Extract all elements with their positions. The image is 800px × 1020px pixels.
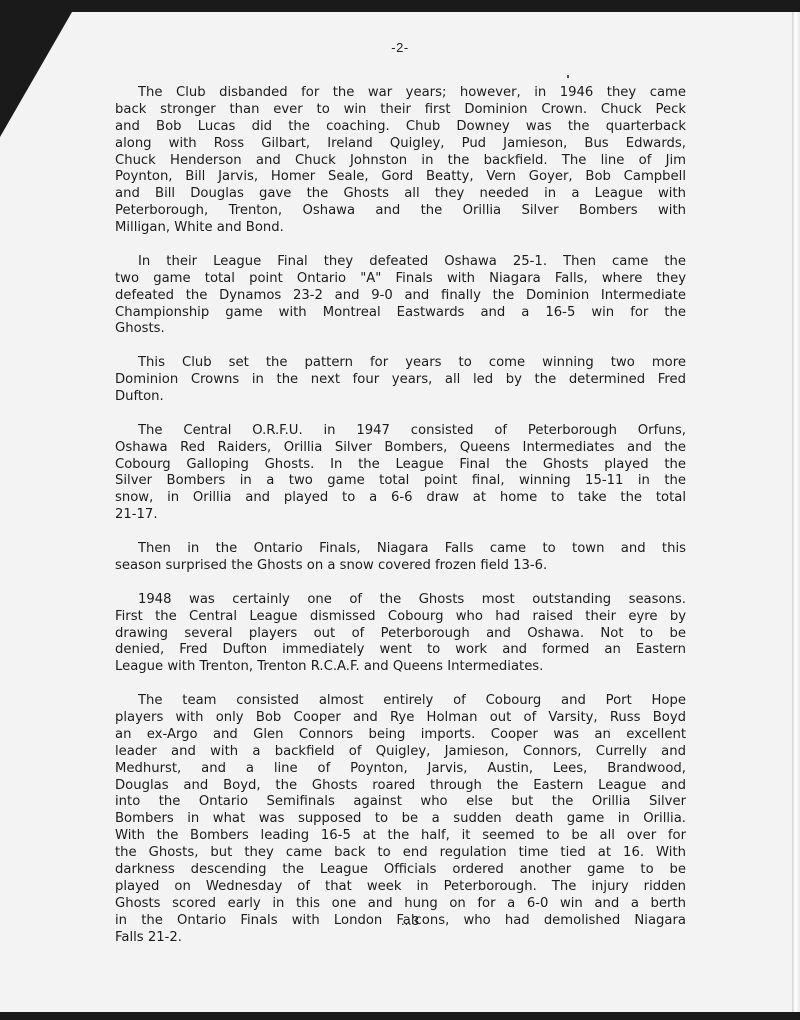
text-line: an ex-Argo and Glen Connors being import… [115,727,686,744]
scan-speck [567,75,569,78]
text-line: Championship game with Montreal Eastward… [115,305,686,322]
text-line: Poynton, Bill Jarvis, Homer Seale, Gord … [115,169,686,186]
text-line: 1948 was certainly one of the Ghosts mos… [115,592,686,609]
text-line: With the Bombers leading 16-5 at the hal… [115,828,686,845]
text-line: This Club set the pattern for years to c… [115,355,686,372]
text-line: Chuck Henderson and Chuck Johnston in th… [115,153,686,170]
text-line: The team consisted almost entirely of Co… [115,693,686,710]
text-line: First the Central League dismissed Cobou… [115,609,686,626]
paragraph: This Club set the pattern for years to c… [115,355,686,406]
text-line: Cobourg Galloping Ghosts. In the League … [115,457,686,474]
text-line: Falls 21-2. [115,930,686,947]
text-line: players with only Bob Cooper and Rye Hol… [115,710,686,727]
text-line: season surprised the Ghosts on a snow co… [115,558,686,575]
continuation-marker: ...3 [0,913,800,928]
text-line: Medhurst, and a line of Poynton, Jarvis,… [115,761,686,778]
text-line: Then in the Ontario Finals, Niagara Fall… [115,541,686,558]
paragraph: The Club disbanded for the war years; ho… [115,85,686,237]
text-line: Bombers in what was supposed to be a sud… [115,811,686,828]
paragraph: The team consisted almost entirely of Co… [115,693,686,946]
text-line: Ghosts scored early in this one and hung… [115,896,686,913]
paragraph: Then in the Ontario Finals, Niagara Fall… [115,541,686,575]
text-line: Silver Bombers in a two game total point… [115,473,686,490]
text-line: The Club disbanded for the war years; ho… [115,85,686,102]
text-line: back stronger than ever to win their fir… [115,102,686,119]
text-line: two game total point Ontario "A" Finals … [115,271,686,288]
text-line: League with Trenton, Trenton R.C.A.F. an… [115,659,686,676]
text-line: defeated the Dynamos 23-2 and 9-0 and fi… [115,288,686,305]
text-line: into the Ontario Semifinals against who … [115,794,686,811]
text-line: 21-17. [115,507,686,524]
text-line: Dufton. [115,389,686,406]
text-line: Ghosts. [115,321,686,338]
text-line: Milligan, White and Bond. [115,220,686,237]
text-line: played on Wednesday of that week in Pete… [115,879,686,896]
text-line: along with Ross Gilbart, Ireland Quigley… [115,136,686,153]
text-line: Dominion Crowns in the next four years, … [115,372,686,389]
text-line: snow, in Orillia and played to a 6-6 dra… [115,490,686,507]
text-line: and Bob Lucas did the coaching. Chub Dow… [115,119,686,136]
text-line: In their League Final they defeated Osha… [115,254,686,271]
paragraph: 1948 was certainly one of the Ghosts mos… [115,592,686,676]
text-line: Douglas and Boyd, the Ghosts roared thro… [115,778,686,795]
paper-edge [792,12,800,1012]
text-line: Peterborough, Trenton, Oshawa and the Or… [115,203,686,220]
text-line: leader and with a backfield of Quigley, … [115,744,686,761]
paragraph: In their League Final they defeated Osha… [115,254,686,338]
scanned-page: -2- The Club disbanded for the war years… [0,0,800,1020]
text-line: Oshawa Red Raiders, Orillia Silver Bombe… [115,440,686,457]
paragraph: The Central O.R.F.U. in 1947 consisted o… [115,423,686,524]
page-number: -2- [0,40,800,55]
text-line: and Bill Douglas gave the Ghosts all the… [115,186,686,203]
text-line: drawing several players out of Peterboro… [115,626,686,643]
text-line: the Ghosts, but they came back to end re… [115,845,686,862]
document-body: The Club disbanded for the war years; ho… [115,85,686,963]
text-line: denied, Fred Dufton immediately went to … [115,642,686,659]
text-line: The Central O.R.F.U. in 1947 consisted o… [115,423,686,440]
text-line: darkness descending the League Officials… [115,862,686,879]
